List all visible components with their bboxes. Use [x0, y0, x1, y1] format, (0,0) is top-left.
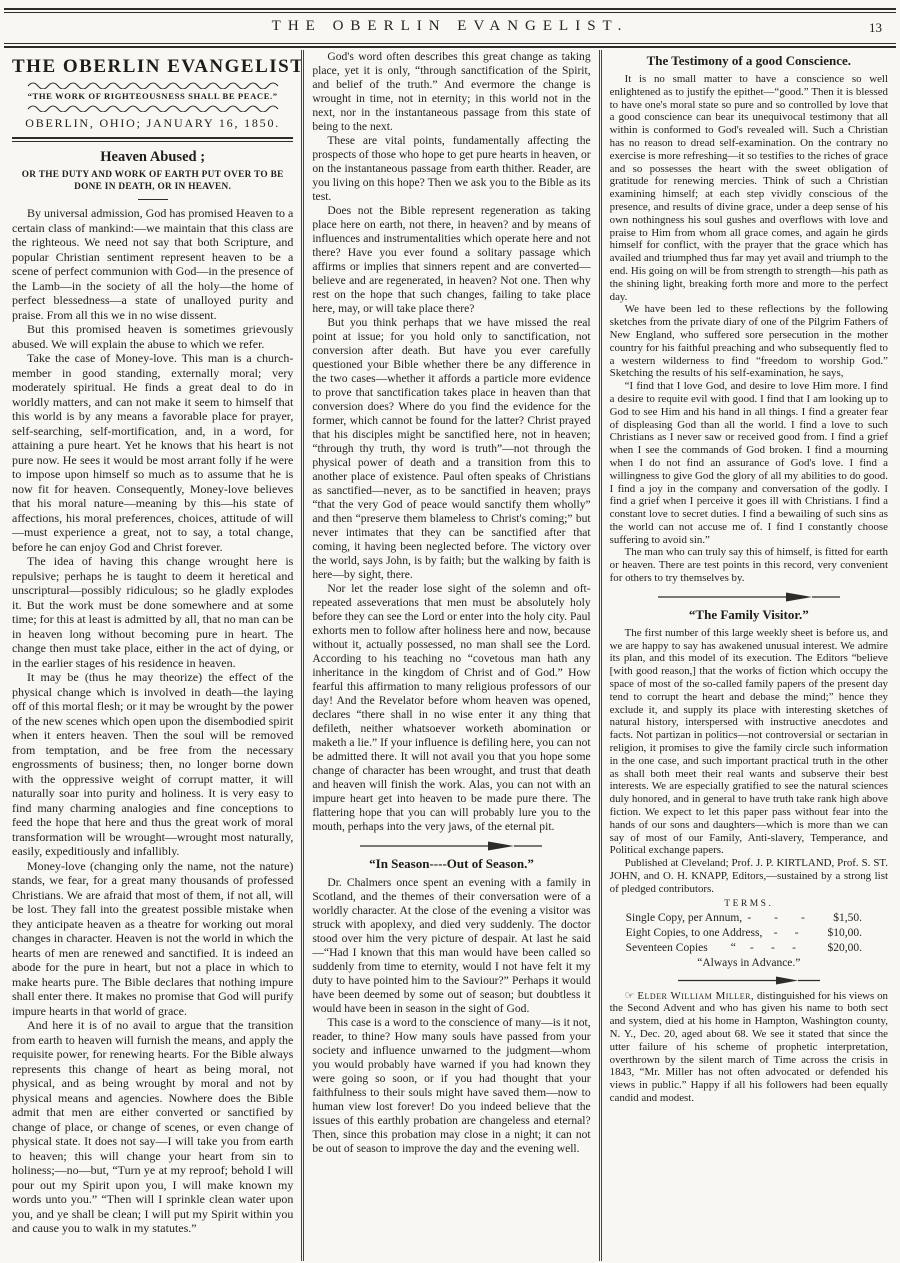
- columns: THE OBERLIN EVANGELIST. “THE WORK OF RIG…: [4, 50, 896, 1261]
- masthead-title: THE OBERLIN EVANGELIST.: [12, 56, 293, 78]
- article-paragraph: God's word often describes this great ch…: [312, 50, 590, 134]
- obituary-text: distinguished for his views on the Secon…: [610, 990, 888, 1104]
- article-paragraph: The idea of having this change wrought h…: [12, 554, 293, 670]
- article-paragraph: Take the case of Money-love. This man is…: [12, 351, 293, 554]
- article-paragraph: Does not the Bible represent regeneratio…: [312, 204, 590, 316]
- terms-block: TERMS. Single Copy, per Annum, - - - $1,…: [610, 899, 888, 969]
- obituary-lead: Elder William Miller,: [637, 990, 754, 1002]
- terms-row: Single Copy, per Annum, - - - $1,50.: [610, 911, 888, 926]
- running-title: THE OBERLIN EVANGELIST.: [4, 18, 896, 35]
- article-paragraph: Nor let the reader lose sight of the sol…: [312, 582, 590, 834]
- article-subtitle: OR THE DUTY AND WORK OF EARTH PUT OVER T…: [12, 169, 293, 193]
- article-paragraph: By universal admission, God has promised…: [12, 206, 293, 322]
- masthead-motto: “THE WORK OF RIGHTEOUSNESS SHALL BE PEAC…: [12, 91, 293, 101]
- arrow-divider-icon: [610, 592, 888, 602]
- article-paragraph: These are vital points, fundamentally af…: [312, 134, 590, 204]
- article-paragraph: But this promised heaven is sometimes gr…: [12, 322, 293, 351]
- article-paragraph: Money-love (changing only the name, not …: [12, 859, 293, 1019]
- terms-label: Seventeen Copies “: [626, 941, 736, 956]
- terms-leader: - -: [762, 926, 810, 941]
- article-paragraph: Published at Cleveland; Prof. J. P. KIRT…: [610, 857, 888, 895]
- article-title-heaven-abused: Heaven Abused ;: [12, 149, 293, 166]
- page-number: 13: [869, 20, 882, 36]
- article-title-in-season: “In Season----Out of Season.”: [312, 856, 590, 872]
- terms-price: $20,00.: [810, 941, 862, 956]
- article-paragraph: We have been led to these reflections by…: [610, 303, 888, 380]
- arrow-divider-icon: [312, 841, 590, 851]
- terms-label: Eight Copies, to one Address,: [626, 926, 763, 941]
- terms-heading: TERMS.: [610, 899, 888, 909]
- article-paragraph: The first number of this large weekly sh…: [610, 627, 888, 857]
- masthead-rule: [12, 137, 293, 142]
- terms-price: $10,00.: [810, 926, 862, 941]
- page-header: THE OBERLIN EVANGELIST. 13: [4, 8, 896, 48]
- terms-leader: - - -: [742, 911, 810, 926]
- column-1: THE OBERLIN EVANGELIST. “THE WORK OF RIG…: [4, 50, 301, 1261]
- terms-leader: - - -: [736, 941, 810, 956]
- header-row: THE OBERLIN EVANGELIST. 13: [4, 13, 896, 43]
- article-paragraph: “I find that I love God, and desire to l…: [610, 380, 888, 546]
- obituary-paragraph: ☞ Elder William Miller, distinguished fo…: [610, 990, 888, 1105]
- article-paragraph: But you think perhaps that we have misse…: [312, 316, 590, 582]
- article-paragraph: This case is a word to the conscience of…: [312, 1016, 590, 1156]
- article-paragraph: It is no small matter to have a conscien…: [610, 73, 888, 303]
- pointing-hand-icon: ☞: [625, 989, 635, 1002]
- column-3: The Testimony of a good Conscience. It i…: [599, 50, 896, 1261]
- terms-footer: “Always in Advance.”: [610, 957, 888, 969]
- article-paragraph: Dr. Chalmers once spent an evening with …: [312, 876, 590, 1016]
- wavy-rule-icon: [27, 104, 279, 112]
- arrow-divider-icon: [610, 976, 888, 985]
- wavy-rule-icon: [27, 81, 279, 89]
- terms-row: Seventeen Copies “ - - - $20,00.: [610, 941, 888, 956]
- masthead: THE OBERLIN EVANGELIST. “THE WORK OF RIG…: [12, 50, 293, 142]
- short-rule: [138, 199, 168, 200]
- terms-label: Single Copy, per Annum,: [626, 911, 743, 926]
- article-title-testimony: The Testimony of a good Conscience.: [610, 53, 888, 69]
- terms-price: $1,50.: [810, 911, 862, 926]
- column-2: God's word often describes this great ch…: [301, 50, 598, 1261]
- article-paragraph: The man who can truly say this of himsel…: [610, 546, 888, 584]
- header-bottom-rule: [4, 43, 896, 48]
- masthead-dateline: OBERLIN, OHIO; JANUARY 16, 1850.: [12, 116, 293, 131]
- article-paragraph: And here it is of no avail to argue that…: [12, 1018, 293, 1236]
- article-title-family-visitor: “The Family Visitor.”: [610, 607, 888, 623]
- terms-row: Eight Copies, to one Address, - - $10,00…: [610, 926, 888, 941]
- newspaper-page: THE OBERLIN EVANGELIST. 13 THE OBERLIN E…: [0, 0, 900, 1263]
- article-paragraph: It may be (thus he may theorize) the eff…: [12, 670, 293, 859]
